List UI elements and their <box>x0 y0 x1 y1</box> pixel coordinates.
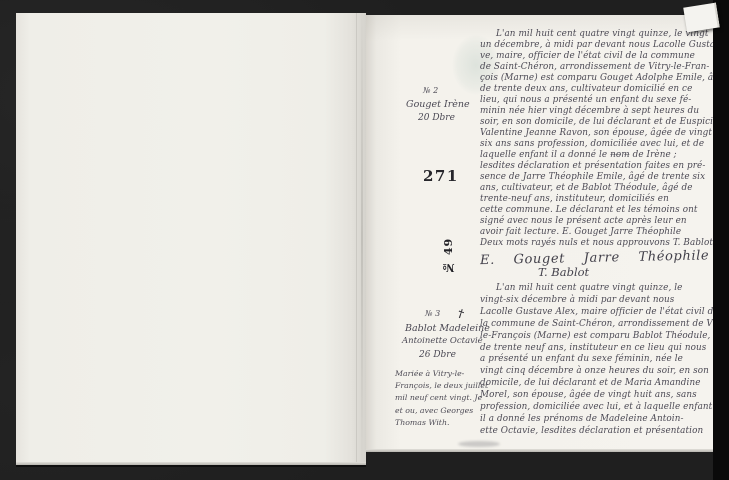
handwritten-line: profession, domiciliée avec lui, et à la… <box>480 402 713 414</box>
page-corner-fold <box>683 3 720 33</box>
handwritten-line: Deux mots rayés nuls et nous approuvons … <box>480 238 713 249</box>
handwritten-line: lesdites déclaration et présentation fai… <box>480 161 713 172</box>
handwritten-line: minin née hier vingt décembre à sept heu… <box>480 106 713 117</box>
handwritten-line: la commune de Saint-Chéron, arrondisseme… <box>480 319 713 331</box>
handwritten-line: de Saint-Chéron, arrondissement de Vitry… <box>480 62 713 73</box>
death-cross-icon: † <box>456 306 466 320</box>
handwritten-line: six ans sans profession, domiciliée avec… <box>480 139 713 150</box>
handwritten-line: vingt cinq décembre à onze heures du soi… <box>480 366 713 378</box>
act2-margin-name-line1: Bablot Madeleine <box>405 323 490 334</box>
handwritten-line: çois (Marne) est comparu Gouget Adolphe … <box>480 73 713 84</box>
page-crease-line <box>356 13 357 465</box>
act1-margin-name: Gouget Irène <box>406 99 470 110</box>
handwritten-line: vingt-six décembre à midi par devant nou… <box>480 295 713 307</box>
handwritten-line: L'an mil huit cent quatre vingt quinze, … <box>480 283 713 295</box>
handwritten-line: Valentine Jeanne Ravon, son épouse, âgée… <box>480 128 713 139</box>
act2-margin-date: 26 Dbre <box>419 350 456 360</box>
handwritten-line: de trente deux ans, cultivateur domicili… <box>480 84 713 95</box>
handwritten-line: ette Octavie, lesdites déclaration et pr… <box>480 426 713 438</box>
handwritten-line: Lacolle Gustave Alex, maire officier de … <box>480 307 713 319</box>
handwritten-line: mil neuf cent vingt. Je <box>395 392 490 404</box>
handwritten-line: Thomas With. <box>395 417 490 429</box>
handwritten-line: il a donné les prénoms de Madeleine Anto… <box>480 414 713 426</box>
handwritten-line: lieu, qui nous a présenté un enfant du s… <box>480 95 713 106</box>
handwritten-line: domicile, de lui déclarant et de Maria A… <box>480 378 713 390</box>
handwritten-line: le-François (Marne) est comparu Bablot T… <box>480 331 713 343</box>
handwritten-line: Mariée à Vitry-le- <box>395 368 490 380</box>
left-page-blank <box>16 13 366 465</box>
ink-smudge <box>458 441 500 447</box>
handwritten-line: L'an mil huit cent quatre vingt quinze, … <box>480 29 713 40</box>
act2-margin-name-line2: Antoinette Octavie <box>402 336 483 346</box>
act2-handwritten-text: L'an mil huit cent quatre vingt quinze, … <box>480 283 713 438</box>
gutter-crease <box>361 13 363 465</box>
handwritten-line: cette commune. Le déclarant et les témoi… <box>480 205 713 216</box>
handwritten-line: laquelle enfant il a donné le n̶o̶m̶ de … <box>480 150 713 161</box>
handwritten-line: et ou, avec Georges <box>395 405 490 417</box>
handwritten-line: trente-neuf ans, instituteur, domiciliés… <box>480 194 713 205</box>
right-page-acts: № 2 Gouget Irène 20 Dbre 271 № 49 L'an m… <box>366 15 713 452</box>
handwritten-line: a présenté un enfant du sexe féminin, né… <box>480 354 713 366</box>
act1-margin-number: № 2 <box>423 86 438 95</box>
handwritten-line: ans, cultivateur, et de Bablot Théodule,… <box>480 183 713 194</box>
left-page-bottom-edge <box>16 462 366 465</box>
register-number-vertical-stamp: № 49 <box>442 220 455 274</box>
handwritten-line: Morel, son épouse, âgée de vingt huit an… <box>480 390 713 402</box>
page-number-stamp: 271 <box>423 167 459 185</box>
handwritten-line: ve, maire, officier de l'état civil de l… <box>480 51 713 62</box>
handwritten-line: sence de Jarre Théophile Emile, âgé de t… <box>480 172 713 183</box>
handwritten-line: avoir fait lecture. E. Gouget Jarre Théo… <box>480 227 713 238</box>
handwritten-line: signé avec nous le présent acte après le… <box>480 216 713 227</box>
register-scan: № 2 Gouget Irène 20 Dbre 271 № 49 L'an m… <box>0 0 729 480</box>
act1-handwritten-text: L'an mil huit cent quatre vingt quinze, … <box>480 29 713 249</box>
handwritten-line: un décembre, à midi par devant nous Laco… <box>480 40 713 51</box>
right-page-bottom-edge <box>366 449 713 452</box>
act1-signatures: E. Gouget Jarre Théophile Lacolle <box>480 247 713 268</box>
scanner-edge-strip <box>713 0 729 480</box>
handwritten-line: soir, en son domicile, de lui déclarant … <box>480 117 713 128</box>
act1-margin-date: 20 Dbre <box>418 113 455 123</box>
marriage-mention-note: Mariée à Vitry-le-François, le deux juil… <box>395 368 490 429</box>
act1-signature-bablot: T. Bablot <box>538 265 589 279</box>
handwritten-line: François, le deux juillet <box>395 380 490 392</box>
act2-margin-number: № 3 <box>425 309 440 318</box>
handwritten-line: de trente neuf ans, instituteur en ce li… <box>480 343 713 355</box>
